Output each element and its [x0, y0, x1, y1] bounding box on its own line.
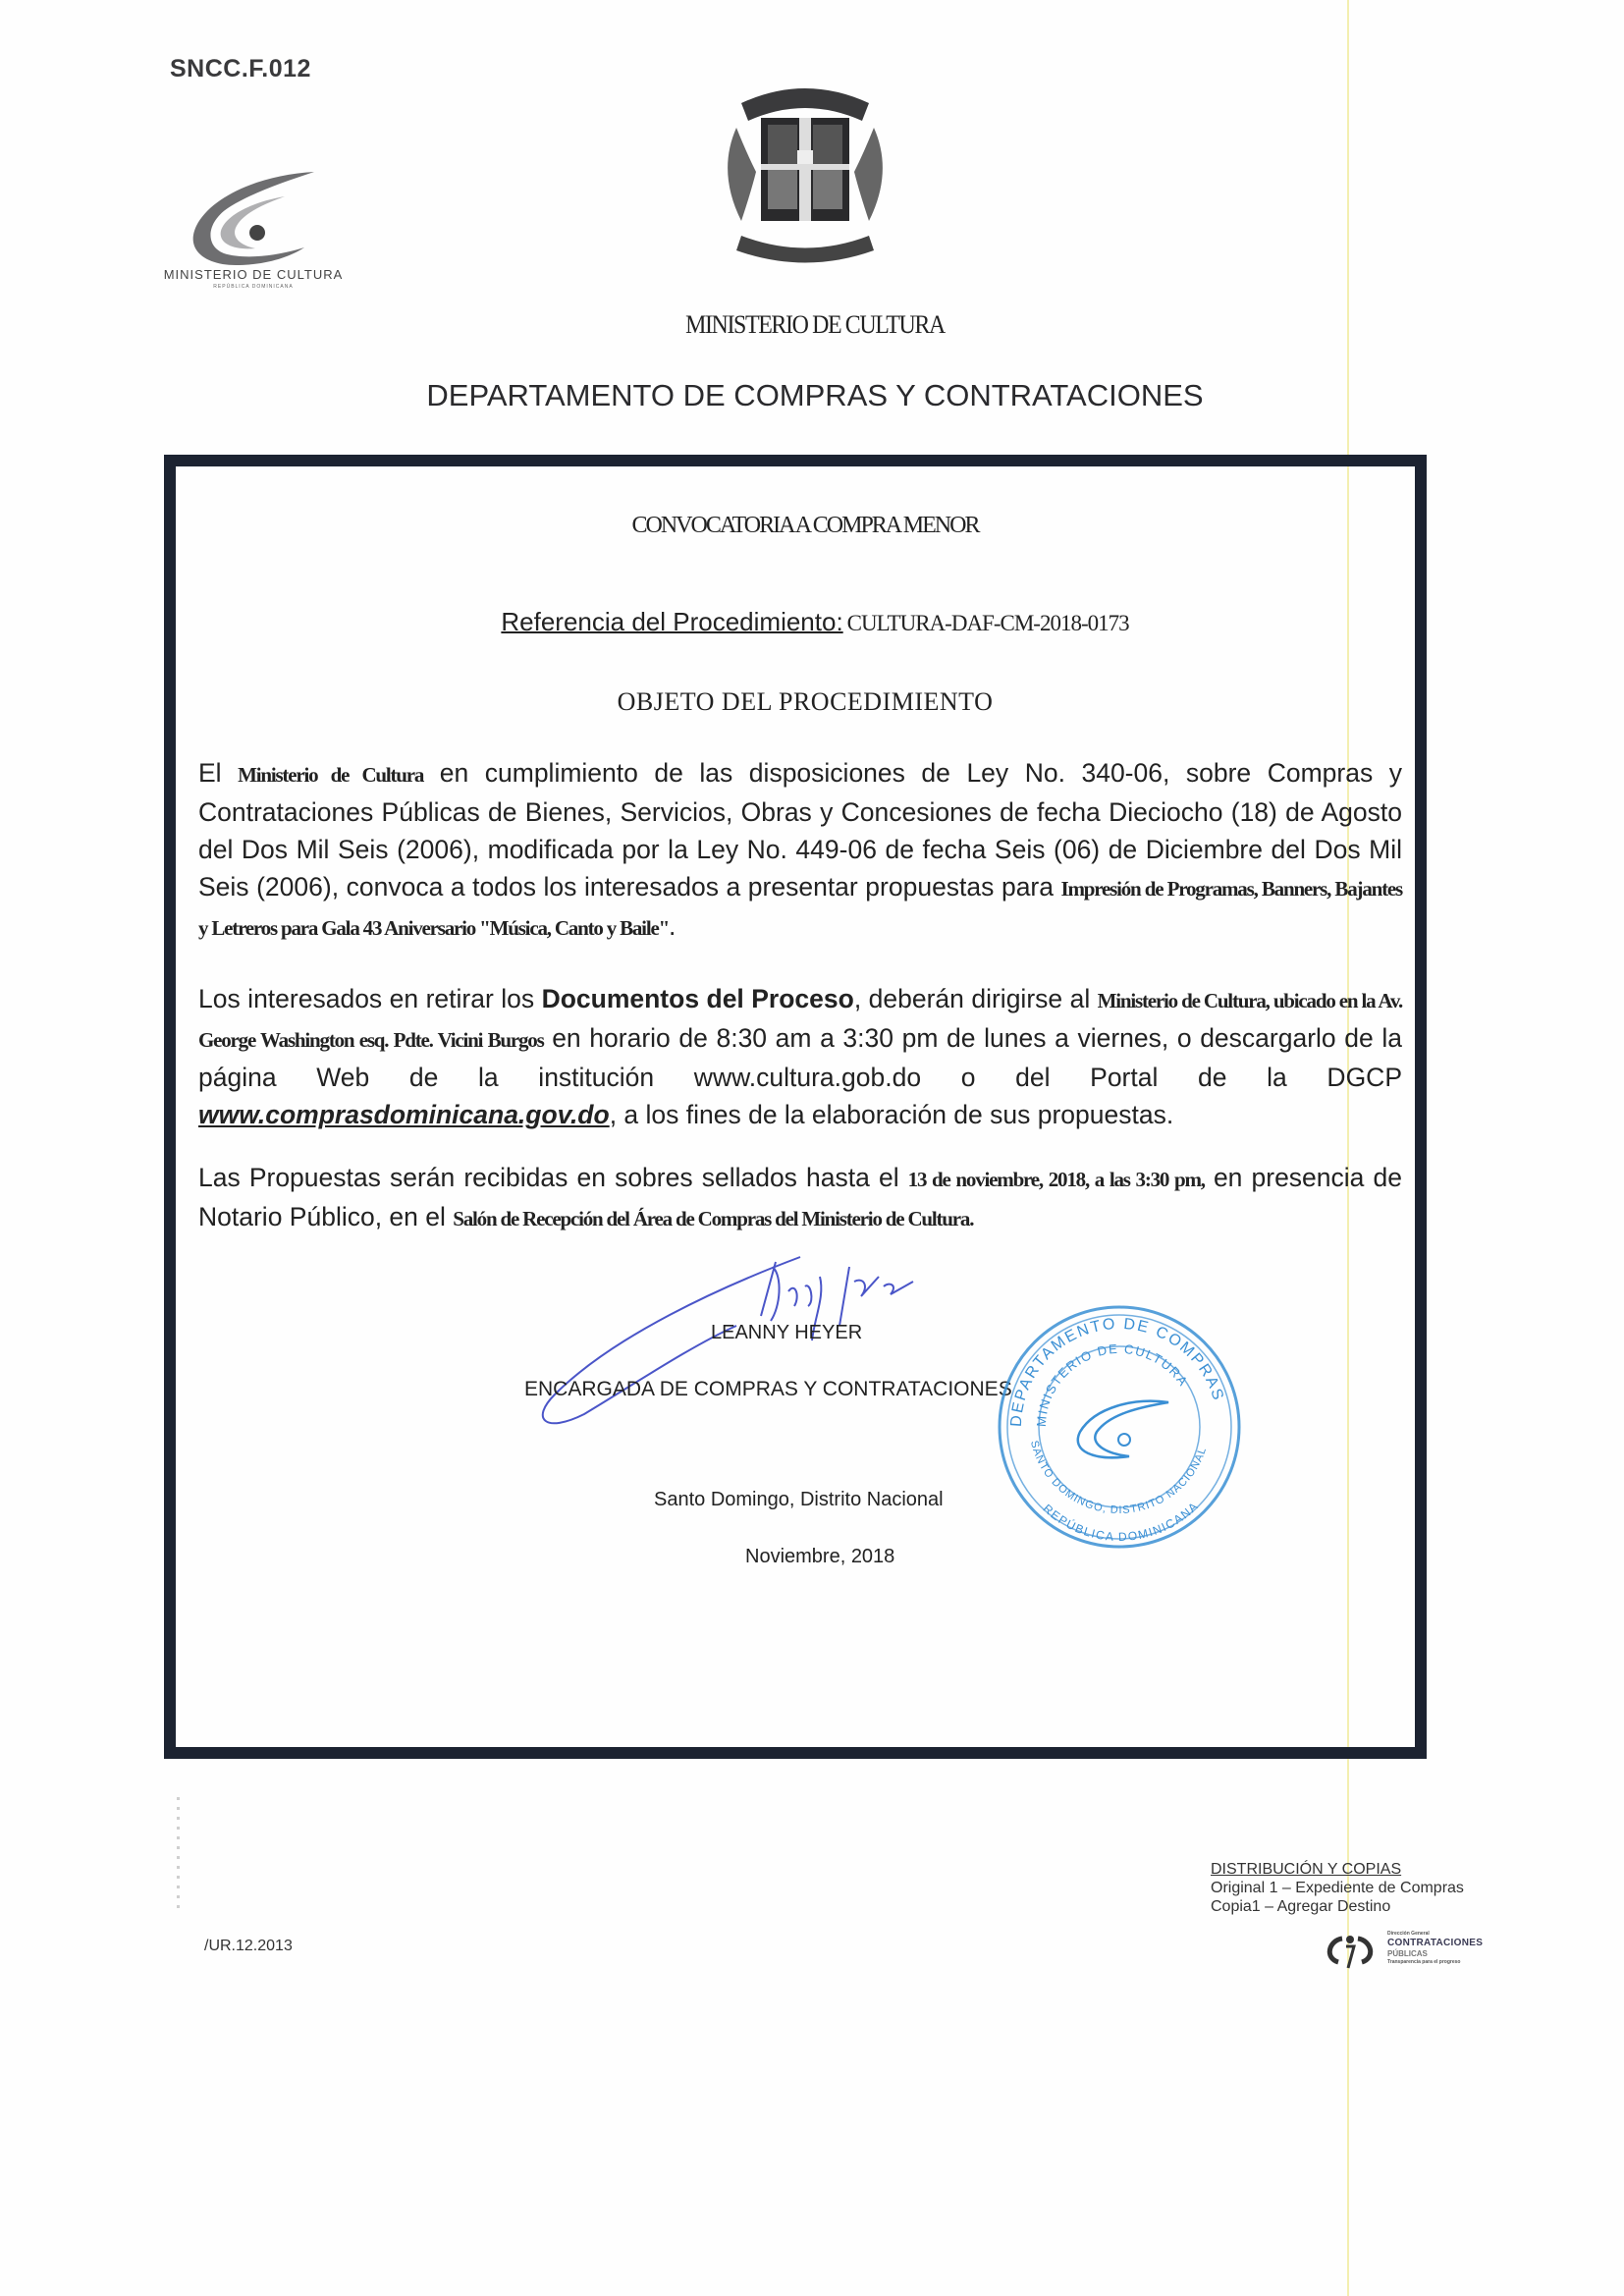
official-stamp-icon: DEPARTAMENTO DE COMPRAS MINISTERIO DE CU… [987, 1294, 1252, 1559]
text: El [198, 758, 238, 788]
entity-name: Ministerio de Cultura [238, 763, 423, 787]
procedure-reference: Referencia del Procedimiento:CULTURA-DAF… [295, 607, 1335, 637]
dgcp-logo-icon [1321, 1931, 1380, 1970]
deadline: 13 de noviembre, 2018, a las 3:30 pm, [908, 1168, 1205, 1191]
dgcp-name: CONTRATACIONES [1387, 1938, 1483, 1948]
paragraph-documents: Los interesados en retirar los Documento… [198, 980, 1402, 1133]
object-title: OBJETO DEL PROCEDIMIENTO [412, 687, 1198, 717]
form-code: SNCC.F.012 [170, 55, 311, 83]
text: , deberán dirigirse al [854, 984, 1098, 1013]
reference-value: CULTURA-DAF-CM-2018-0173 [847, 611, 1129, 635]
text: Los interesados en retirar los [198, 984, 542, 1013]
department-title: DEPARTAMENTO DE COMPRAS Y CONTRATACIONES [295, 378, 1335, 413]
issue-date: Noviembre, 2018 [745, 1546, 894, 1568]
paragraph-legal-basis: El Ministerio de Cultura en cumplimiento… [198, 754, 1402, 947]
ministry-title: MINISTERIO DE CULTURA [516, 310, 1112, 340]
text: Las Propuestas serán recibidas en sobres… [198, 1163, 908, 1192]
stamp-bottom-text: SANTO DOMINGO, DISTRITO NACIONAL [1028, 1440, 1209, 1516]
reception-location: Salón de Recepción del Área de Compras d… [453, 1207, 973, 1230]
logo-subtitle: REPÚBLICA DOMINICANA [163, 284, 344, 290]
dgcp-public: PÚBLICAS [1387, 1949, 1428, 1958]
documents-label: Documentos del Proceso [542, 984, 854, 1013]
paragraph-deadline: Las Propuestas serán recibidas en sobres… [198, 1159, 1402, 1237]
reference-label: Referencia del Procedimiento: [501, 607, 842, 636]
text: , a los fines de la elaboración de sus p… [610, 1100, 1174, 1129]
signer-role: ENCARGADA DE COMPRAS Y CONTRATACIONES [524, 1378, 1012, 1401]
portal-link[interactable]: www.comprasdominicana.gov.do [198, 1100, 610, 1129]
notice-title: CONVOCATORIA A COMPRA MENOR [412, 513, 1198, 539]
dgcp-small-text: Dirección General [1387, 1931, 1430, 1937]
coat-of-arms-icon [697, 74, 913, 280]
scan-marks [177, 1797, 180, 1915]
distribution-item: Copia1 – Agregar Destino [1211, 1898, 1390, 1916]
dgcp-tagline: Transparencia para el progreso [1387, 1959, 1460, 1965]
signer-name: LEANNY HEYER [711, 1322, 862, 1344]
form-revision: /UR.12.2013 [204, 1938, 293, 1955]
place: Santo Domingo, Distrito Nacional [654, 1489, 944, 1511]
text: . [669, 911, 676, 941]
logo-name: MINISTERIO DE CULTURA [163, 267, 344, 282]
signature-icon [525, 1247, 997, 1444]
distribution-title: DISTRIBUCIÓN Y COPIAS [1211, 1861, 1401, 1879]
distribution-item: Original 1 – Expediente de Compras [1211, 1880, 1464, 1897]
